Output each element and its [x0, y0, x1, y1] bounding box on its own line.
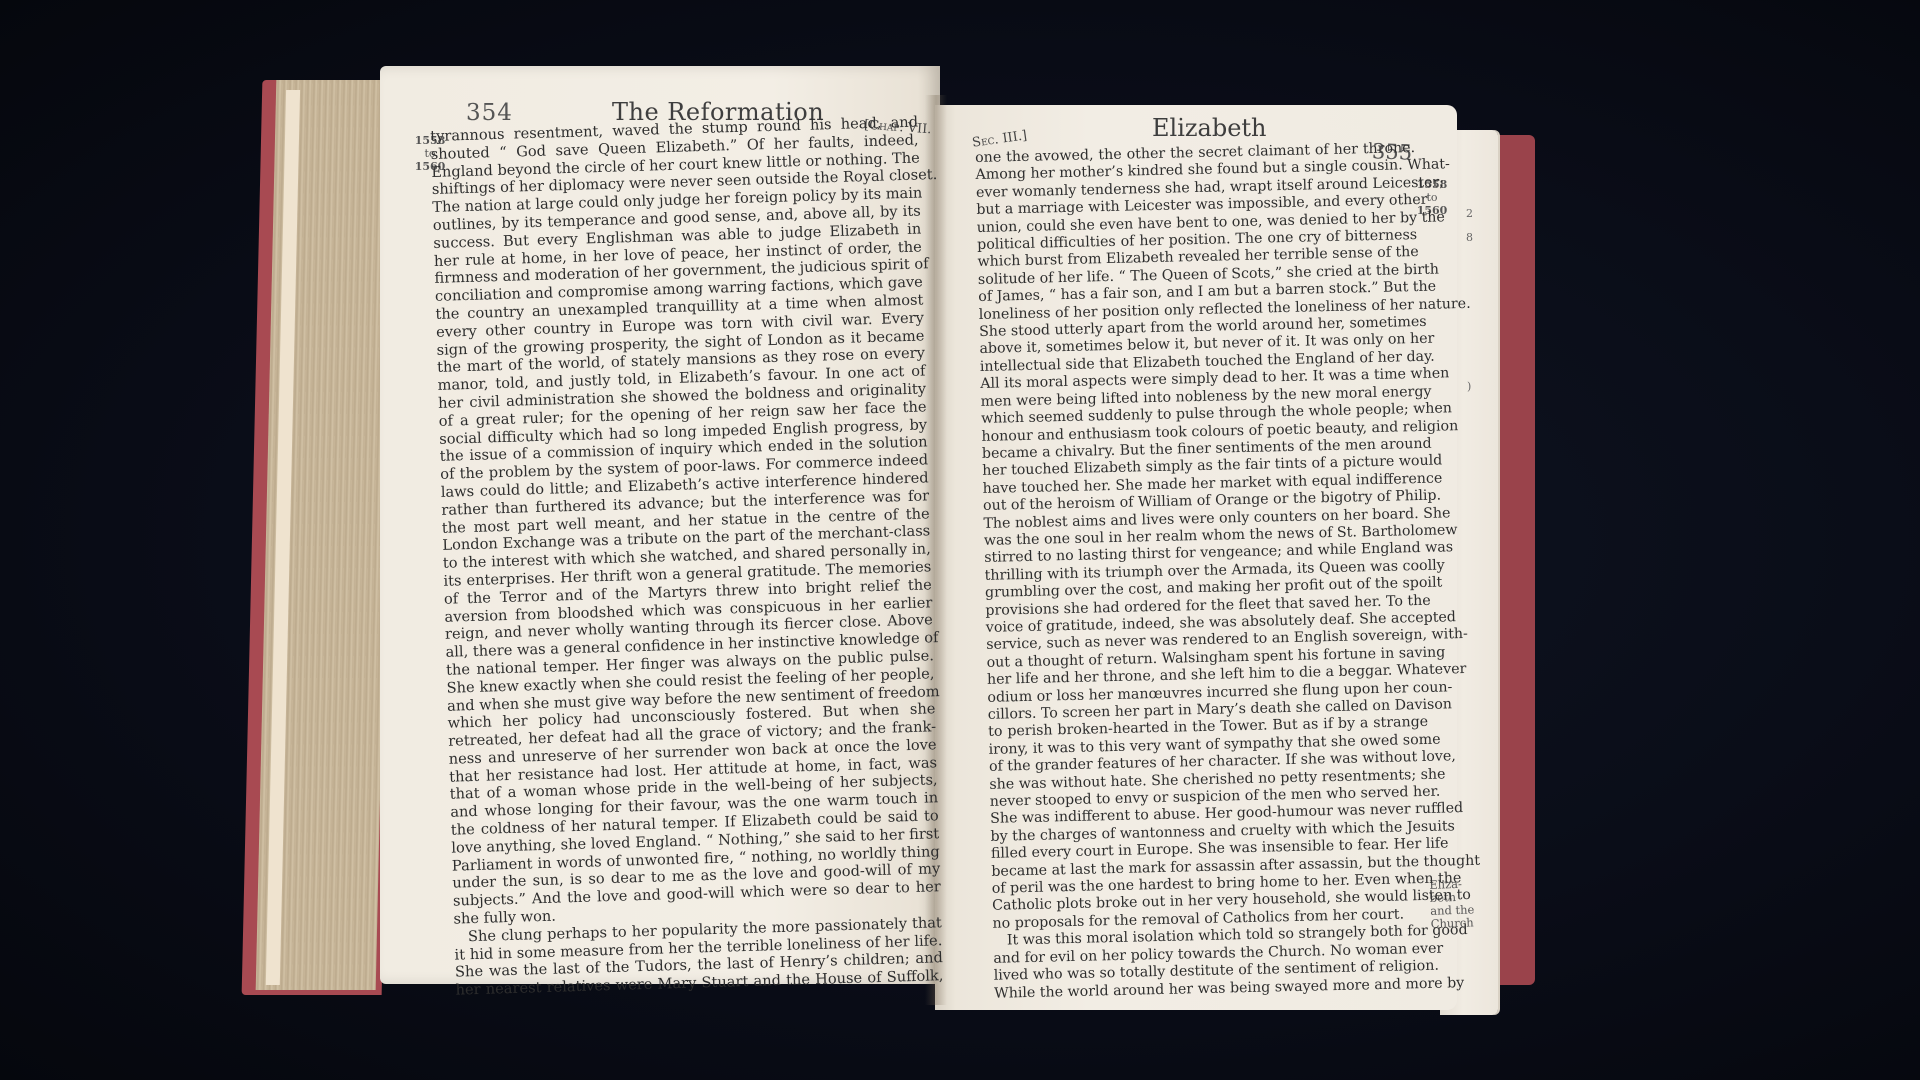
open-book: 354 The Reformation [Chap. VII. 1558 to …	[0, 0, 1920, 1080]
running-title-right: Elizabeth	[1152, 114, 1267, 142]
underlying-page-mark: )	[1467, 380, 1471, 393]
left-page-body: tyrannous resentment, waved the stump ro…	[430, 113, 956, 999]
underlying-page-marks: 2 8	[1466, 202, 1473, 250]
page-edges-left	[256, 80, 397, 990]
mark: 8	[1466, 226, 1473, 250]
page-number-left: 354	[466, 100, 513, 126]
right-page-body: one the avowed, the other the secret cla…	[975, 140, 1434, 1003]
mark: 2	[1466, 202, 1473, 226]
